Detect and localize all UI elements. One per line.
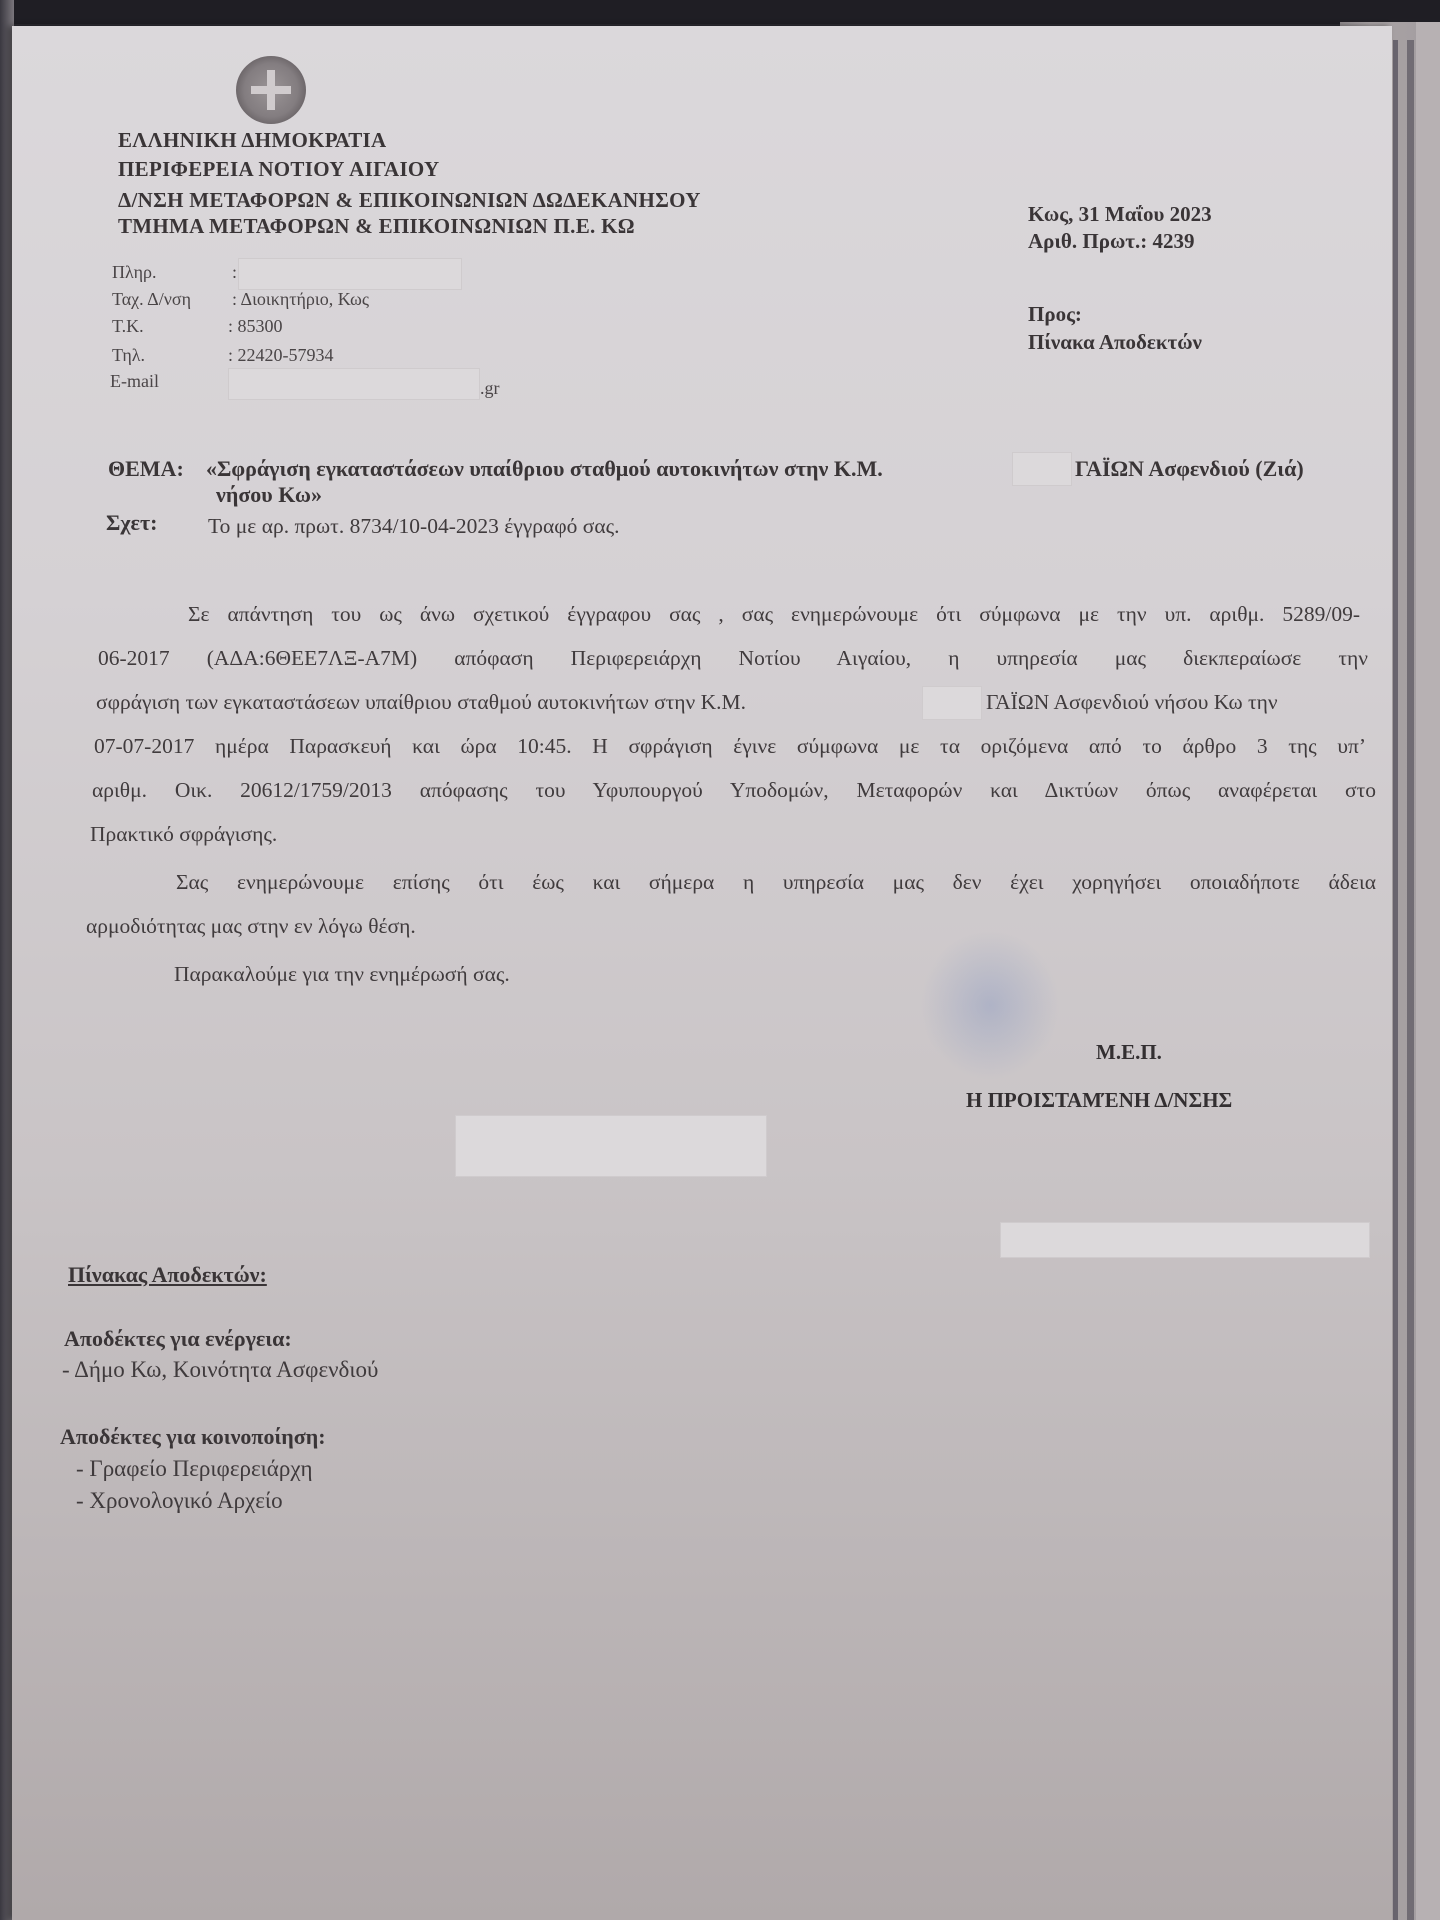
body-line: Σας ενημερώνουμε επίσης ότι έως και σήμε… [176,870,1376,895]
subject-label: ΘΕΜΑ: [108,456,184,482]
contact-label: E-mail [110,371,159,392]
background-sheet-edge [1416,22,1440,1920]
protocol-number: Αριθ. Πρωτ.: 4239 [1028,229,1194,254]
ink-smudge [920,930,1060,1080]
signature-title: Η ΠΡΟΙΣΤΑΜΈΝΗ Δ/ΝΣΗΣ [966,1088,1232,1113]
background-top [0,0,1440,24]
sheet-edge-line [1407,40,1414,1920]
reference-label: Σχετ: [106,510,157,536]
contact-value: : [232,262,237,283]
contact-label: Ταχ. Δ/νση [112,289,191,310]
redacted-area [228,368,480,400]
body-line: Πρακτικό σφράγισης. [90,822,277,847]
subject-text: ΓΑΪΩΝ Ασφενδιού (Ζιά) [1075,456,1304,482]
redacted-area [922,686,982,720]
recipient-item: - Γραφείο Περιφερειάρχη [76,1456,313,1482]
greek-coat-of-arms-icon [236,56,306,124]
body-line: Σε απάντηση του ως άνω σχετικού έγγραφου… [188,602,1360,627]
contact-label: Πληρ. [112,262,156,283]
subject-text: νήσου Κω» [216,482,322,508]
recipients-title: Πίνακας Αποδεκτών: [68,1262,267,1288]
reference-text: Το με αρ. πρωτ. 8734/10-04-2023 έγγραφό … [208,514,620,539]
to-value: Πίνακα Αποδεκτών [1028,330,1202,355]
signature-line: Μ.Ε.Π. [1096,1040,1162,1065]
body-closing: Παρακαλούμε για την ενημέρωσή σας. [174,962,510,987]
body-line: σφράγιση των εγκαταστάσεων υπαίθριου στα… [96,690,746,715]
to-label: Προς: [1028,302,1082,327]
recipient-item: - Δήμο Κω, Κοινότητα Ασφενδιού [62,1357,378,1383]
letterhead-line: ΠΕΡΙΦΕΡΕΙΑ ΝΟΤΙΟΥ ΑΙΓΑΙΟΥ [118,157,439,182]
contact-label: Τηλ. [112,345,145,366]
contact-value: : 85300 [228,316,283,337]
redacted-area [1000,1222,1370,1258]
sheet-edge-line [1393,40,1398,1920]
redacted-area [238,258,462,290]
body-line: 06-2017 (ΑΔΑ:6ΘΕΕ7ΛΞ-Α7Μ) απόφαση Περιφε… [98,646,1368,671]
cc-recipients-label: Αποδέκτες για κοινοποίηση: [60,1424,326,1450]
subject-text: «Σφράγιση εγκαταστάσεων υπαίθριου σταθμο… [206,456,883,482]
body-line: ΓΑΪΩΝ Ασφενδιού νήσου Κω την [986,690,1278,715]
redacted-area [1012,452,1072,486]
contact-value: .gr [480,378,500,399]
body-line: 07-07-2017 ημέρα Παρασκευή και ώρα 10:45… [94,734,1366,759]
contact-label: Τ.Κ. [112,316,144,337]
action-recipients-label: Αποδέκτες για ενέργεια: [64,1326,292,1352]
contact-value: : 22420-57934 [228,345,334,366]
contact-value: : Διοικητήριο, Κως [232,289,369,310]
recipient-item: - Χρονολογικό Αρχείο [76,1488,283,1514]
redacted-area [455,1115,767,1177]
document-date: Κως, 31 Μαΐου 2023 [1028,202,1212,227]
body-line: αριθμ. Οικ. 20612/1759/2013 απόφασης του… [92,778,1376,803]
letterhead-line: Δ/ΝΣΗ ΜΕΤΑΦΟΡΩΝ & ΕΠΙΚΟΙΝΩΝΙΩΝ ΔΩΔΕΚΑΝΗΣ… [118,188,701,213]
body-line: αρμοδιότητας μας στην εν λόγω θέση. [86,914,416,939]
letterhead-line: ΤΜΗΜΑ ΜΕΤΑΦΟΡΩΝ & ΕΠΙΚΟΙΝΩΝΙΩΝ Π.Ε. ΚΩ [118,214,635,239]
letterhead-line: ΕΛΛΗΝΙΚΗ ΔΗΜΟΚΡΑΤΙΑ [118,128,386,153]
